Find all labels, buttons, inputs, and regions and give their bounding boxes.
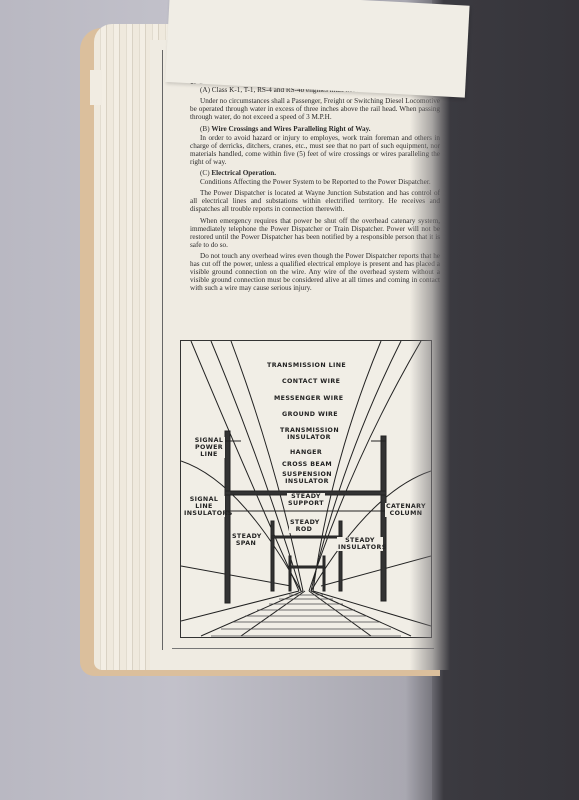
page-frame-line (162, 50, 163, 650)
paragraph-a2: Under no circumstances shall a Passenger… (190, 97, 440, 121)
label-transmission-line: TRANSMISSION LINE (266, 362, 347, 369)
paragraph-c1: Conditions Affecting the Power System to… (190, 178, 440, 186)
paragraph-c4: Do not touch any overhead wires even tho… (190, 252, 440, 292)
label-transmission-insulator: TRANSMISSION INSULATOR (279, 427, 339, 441)
label-ground-wire: GROUND WIRE (281, 411, 339, 418)
index-tab (90, 70, 102, 105)
paragraph-c3: When emergency requires that power be sh… (190, 217, 440, 249)
catenary-diagram: TRANSMISSION LINE CONTACT WIRE MESSENGER… (180, 340, 432, 638)
label-steady-rod: STEADY ROD (289, 519, 319, 533)
label-suspension-insulator: SUSPENSION INSULATOR (281, 471, 333, 485)
label-hanger: HANGER (289, 449, 323, 456)
label-steady-insulators: STEADY INSULATORS (337, 537, 383, 551)
label-steady-support: STEADY SUPPORT (287, 493, 325, 507)
subsection-c-heading: (C) Electrical Operation. (200, 169, 440, 177)
page-fold-shadow (410, 40, 450, 670)
folded-paper-slip (165, 0, 469, 98)
paragraph-b: In order to avoid hazard or injury to em… (190, 134, 440, 166)
label-signal-line-insulators: SIGNAL LINE INSULATORS (183, 496, 225, 517)
label-cross-beam: CROSS BEAM (281, 461, 333, 468)
instructions-text: GENERAL INSTRUCTIONS 1. OBSTRUCTIONS, CL… (190, 66, 440, 295)
subsection-c-title: Electrical Operation. (211, 169, 276, 177)
paragraph-c2: The Power Dispatcher is located at Wayne… (190, 189, 440, 213)
subsection-b-heading: (B) Wire Crossings and Wires Paralleling… (200, 125, 440, 133)
label-steady-span: STEADY SPAN (231, 533, 261, 547)
dark-backdrop (432, 0, 579, 800)
page-bottom-rule (172, 648, 434, 649)
subsection-c-label: (C) (200, 169, 210, 177)
subsection-b-label: (B) (200, 125, 210, 133)
subsection-b-title: Wire Crossings and Wires Paralleling Rig… (211, 125, 370, 133)
catenary-illustration (181, 341, 431, 637)
label-signal-power-line: SIGNAL POWER LINE (193, 437, 225, 458)
label-contact-wire: CONTACT WIRE (281, 378, 341, 385)
label-messenger-wire: MESSENGER WIRE (273, 395, 344, 402)
